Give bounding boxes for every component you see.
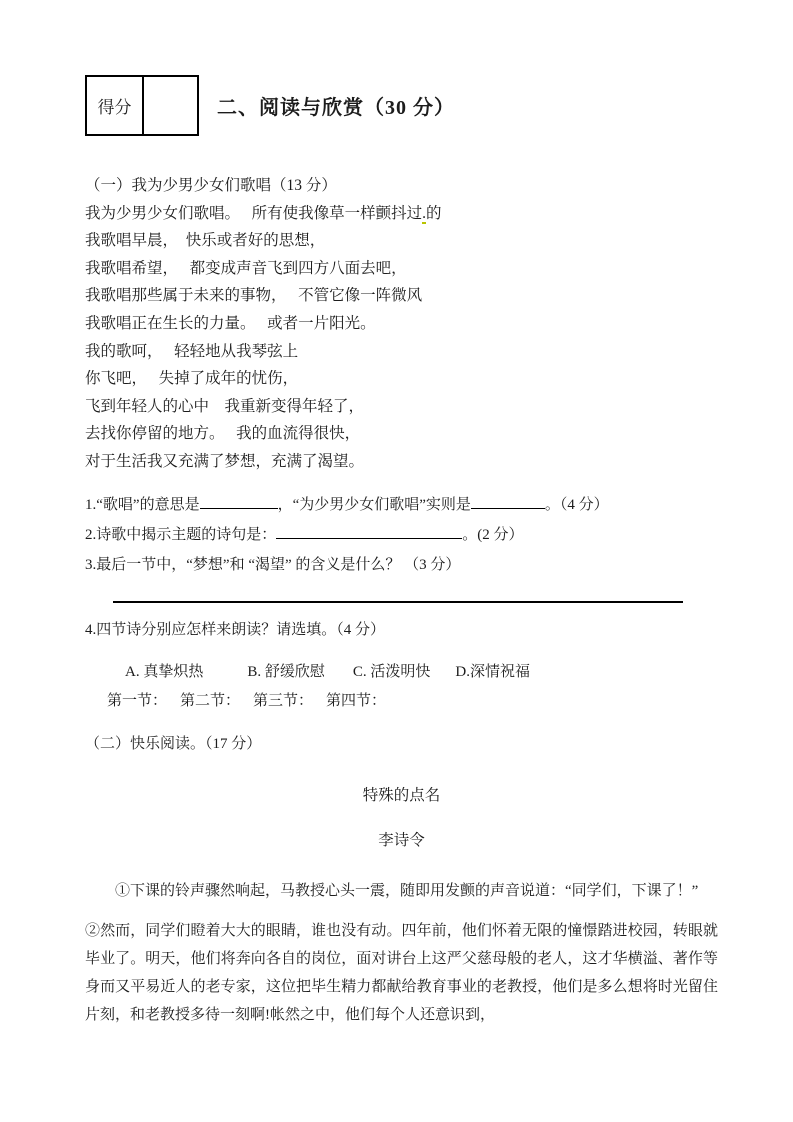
question-4: 4.四节诗分别应怎样来朗读？请选填。（4 分） [85,619,718,641]
question-1-mid: ，“为少男少女们歌唱”实则是 [278,497,471,513]
question-4-stanza-blanks: 第一节：第二节：第三节：第四节： [85,690,718,712]
poem-line-2: 我歌唱早晨， 快乐或者好的思想， [85,227,718,255]
essay-paragraph-2: ②然而，同学们瞪着大大的眼睛，谁也没有动。四年前，他们怀着无限的憧憬踏进校园，转… [85,917,718,1029]
essay-author: 李诗令 [85,830,718,852]
poem-line-5: 我歌唱正在生长的力量。 或者一片阳光。 [85,310,718,338]
stanza-4-label[interactable]: 第四节： [326,693,386,709]
poem-line-1: 我为少男少女们歌唱。 所有使我像草一样颤抖过.的 [85,200,718,228]
poem-line-1-text: 我为少男少女们歌唱。 所有使我像草一样颤抖过 [85,205,422,222]
poem-line-7: 你飞吧， 失掉了成年的忧伤， [85,365,718,393]
part1-heading: （一）我为少男少女们歌唱（13 分） [85,172,718,200]
option-a: A. 真挚炽热 [125,664,203,680]
option-c: C. 活泼明快 [353,664,431,680]
score-label-cell: 得分 [87,77,144,134]
question-4-options: A. 真挚炽热B. 舒缓欣慰C. 活泼明快D.深情祝福 [85,661,718,683]
exam-page: 得分 二、阅读与欣赏（30 分） （一）我为少男少女们歌唱（13 分） 我为少男… [0,0,793,1122]
option-d: D.深情祝福 [455,664,530,680]
question-1-blank-1[interactable] [200,493,278,509]
poem-line-4: 我歌唱那些属于未来的事物， 不管它像一阵微风 [85,282,718,310]
poem-line-10: 对于生活我又充满了梦想，充满了渴望。 [85,448,718,476]
question-2: 2.诗歌中揭示主题的诗句是：。(2 分） [85,520,718,550]
option-b: B. 舒缓欣慰 [247,664,325,680]
question-1-blank-2[interactable] [471,493,545,509]
poem-line-8: 飞到年轻人的心中 我重新变得年轻了， [85,393,718,421]
score-label: 得分 [98,93,132,118]
poem-line-9: 去找你停留的地方。 我的血流得很快， [85,420,718,448]
poem-line-3: 我歌唱希望， 都变成声音飞到四方八面去吧， [85,255,718,283]
stanza-2-label[interactable]: 第二节： [180,693,240,709]
question-1: 1.“歌唱”的意思是，“为少男少女们歌唱”实则是。（4 分） [85,490,718,520]
question-3: 3.最后一节中，“梦想”和 “渴望” 的含义是什么？ （3 分） [85,550,718,580]
essay-title: 特殊的点名 [85,785,718,807]
question-2-post: 。(2 分） [462,527,523,543]
question-1-pre: 1.“歌唱”的意思是 [85,497,200,513]
stanza-3-label[interactable]: 第三节： [253,693,313,709]
part2-heading: （二）快乐阅读。（17 分） [85,733,718,755]
stanza-1-label[interactable]: 第一节： [107,693,167,709]
score-value-cell[interactable] [144,77,197,134]
question-3-answer-line[interactable] [113,600,683,603]
score-box: 得分 [85,75,199,136]
questions-block: 1.“歌唱”的意思是，“为少男少女们歌唱”实则是。（4 分） 2.诗歌中揭示主题… [85,490,718,580]
question-1-post: 。（4 分） [545,497,609,513]
question-2-blank[interactable] [276,523,462,539]
question-2-pre: 2.诗歌中揭示主题的诗句是： [85,527,276,543]
poem-block: （一）我为少男少女们歌唱（13 分） 我为少男少女们歌唱。 所有使我像草一样颤抖… [85,172,718,476]
section-title: 二、阅读与欣赏（30 分） [217,91,455,120]
poem-line-1-end: 的 [426,205,442,222]
essay-paragraph-1: ①下课的铃声骤然响起，马教授心头一震，随即用发颤的声音说道：“同学们，下课了！” [85,877,718,905]
score-header-row: 得分 二、阅读与欣赏（30 分） [85,75,718,136]
poem-line-6: 我的歌呵， 轻轻地从我琴弦上 [85,338,718,366]
